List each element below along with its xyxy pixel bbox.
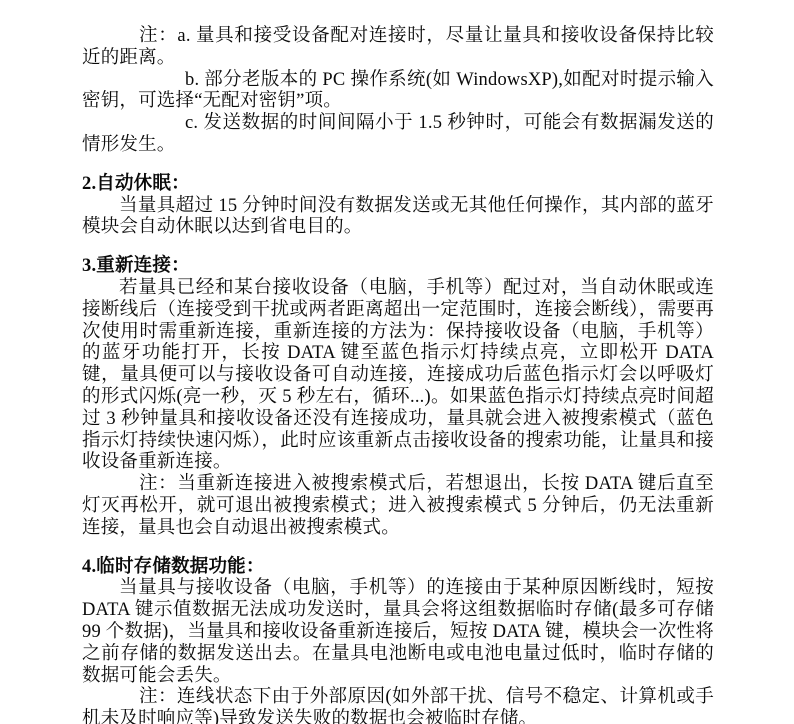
section-reconnect: 3.重新连接： 若量具已经和某台接收设备（电脑，手机等）配过对，当自动休眠或连接… [82, 256, 714, 539]
reconnect-note-paragraph: 注：当重新连接进入被搜索模式后，若想退出，长按 DATA 键后直至灯灭再松开，就… [82, 474, 714, 539]
section-temp-storage: 4.临时存储数据功能： 当量具与接收设备（电脑，手机等）的连接由于某种原因断线时… [82, 557, 714, 724]
temp-storage-heading: 4.临时存储数据功能： [82, 557, 714, 579]
reconnect-heading: 3.重新连接： [82, 256, 714, 278]
note-c-paragraph: c. 发送数据的时间间隔小于 1.5 秒钟时，可能会有数据漏发送的情形发生。 [82, 113, 714, 157]
reconnect-paragraph: 若量具已经和某台接收设备（电脑，手机等）配过对，当自动休眠或连接断线后（连接受到… [82, 278, 714, 474]
auto-sleep-heading: 2.自动休眠： [82, 174, 714, 196]
temp-storage-note-paragraph: 注：连线状态下由于外部原因(如外部干扰、信号不稳定、计算机或手机未及时响应等)导… [82, 687, 714, 724]
section-auto-sleep: 2.自动休眠： 当量具超过 15 分钟时间没有数据发送或无其他任何操作，其内部的… [82, 174, 714, 239]
temp-storage-paragraph: 当量具与接收设备（电脑，手机等）的连接由于某种原因断线时，短按 DATA 键示值… [82, 578, 714, 687]
note-a-paragraph: 注：a. 量具和接受设备配对连接时，尽量让量具和接收设备保持比较近的距离。 [82, 26, 714, 70]
section-pairing-notes: 注：a. 量具和接受设备配对连接时，尽量让量具和接收设备保持比较近的距离。 b.… [82, 26, 714, 157]
document-body: 注：a. 量具和接受设备配对连接时，尽量让量具和接收设备保持比较近的距离。 b.… [0, 0, 794, 724]
auto-sleep-paragraph: 当量具超过 15 分钟时间没有数据发送或无其他任何操作，其内部的蓝牙模块会自动休… [82, 196, 714, 240]
note-b-paragraph: b. 部分老版本的 PC 操作系统(如 WindowsXP),如配对时提示输入密… [82, 70, 714, 114]
manual-page: 注：a. 量具和接受设备配对连接时，尽量让量具和接收设备保持比较近的距离。 b.… [0, 0, 794, 724]
